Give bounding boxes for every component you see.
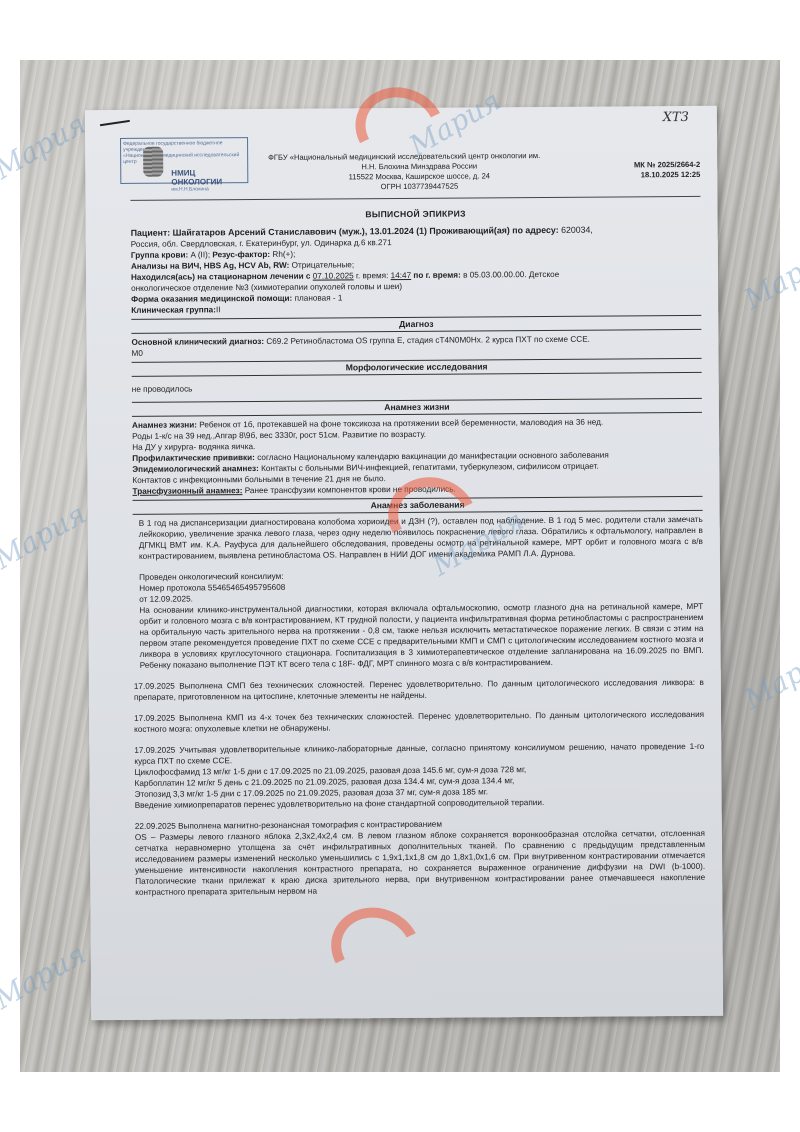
stay-time: 14:47: [391, 271, 412, 280]
care-form-value: плановая - 1: [295, 293, 343, 302]
epid-value: Контакты с больными ВИЧ-инфекцией, гепат…: [261, 462, 599, 473]
clinical-group-label: Клиническая группа:: [131, 305, 216, 315]
organization-block: ФГБУ «Национальный медицинский исследова…: [248, 129, 590, 193]
blood-group-label: Группа крови:: [131, 250, 188, 259]
patient-name: Шайгатаров Арсений Станиславович (муж.),…: [173, 226, 427, 238]
vaccination-label: Профилактические прививки:: [132, 453, 255, 463]
clinical-group-value: II: [216, 305, 221, 314]
rh-label: Резус-фактор:: [212, 250, 270, 259]
stamp-logo-icon: [143, 147, 163, 177]
blood-group-value: A (II);: [190, 250, 210, 259]
rh-value: Rh(+);: [272, 250, 295, 259]
handwritten-note: ХТ3: [663, 112, 689, 123]
document-header: Федеральное государственное бюджетное уч…: [130, 128, 700, 201]
stay-time-label: г. время:: [356, 271, 388, 280]
record-number-block: МК № 2025/2664-2 18.10.2025 12:25: [590, 128, 700, 181]
stamp-line: «Национальный медицинский исследовательс…: [123, 152, 245, 165]
diagnosis-label: Основной клинический диагноз:: [131, 337, 264, 347]
pen-mark: [100, 120, 130, 126]
life-anamnesis-label: Анамнез жизни:: [132, 420, 197, 429]
care-form-label: Форма оказания медицинской помощи:: [131, 294, 292, 304]
document-title: ВЫПИСНОЙ ЭПИКРИЗ: [131, 207, 701, 222]
institution-stamp: Федеральное государственное бюджетное уч…: [120, 137, 248, 184]
epid-label: Эпидемиологический анамнез:: [132, 464, 259, 474]
stay-department: в 05.03.00.00.00. Детское: [463, 270, 559, 280]
stay-label: Находился(ась) на стационарном лечении с: [131, 272, 311, 282]
org-ogrn: ОГРН 1037739447525: [248, 181, 590, 193]
patient-label: Пациент:: [131, 228, 171, 238]
bottom-margin: [0, 1072, 800, 1132]
analyses-label: Анализы на ВИЧ, HBS Ag, HCV Ab, RW:: [131, 261, 289, 271]
section-diagnosis-heading: Диагноз: [131, 315, 701, 334]
section-morphology-heading: Морфологические исследования: [132, 358, 702, 377]
transfusion-value: Ранее трансфузии компонентов крови не пр…: [245, 485, 456, 495]
stamp-line: Федеральное государственное бюджетное уч…: [123, 140, 245, 153]
morphology-value: не проводилось: [132, 376, 702, 399]
address-label: Проживающий(ая) по адресу:: [429, 225, 558, 236]
section-disease-anamnesis-heading: Анамнез заболевания: [133, 496, 703, 515]
life-anamnesis-text: Ребенок от 1б, протекавшей на фоне токси…: [199, 418, 603, 430]
discharge-document: ХТ3 Федеральное государственное бюджетно…: [85, 106, 723, 1020]
disease-anamnesis-paragraph: На основании клинико-инструментальной ди…: [133, 601, 703, 671]
diagnosis-value: C69.2 Ретинобластома OS группа E, стадия…: [266, 335, 590, 346]
stay-date: 07.10.2025: [313, 271, 354, 280]
watermark-logo-icon: [320, 895, 432, 1001]
mri-findings-paragraph: OS – Размеры левого глазного яблока 2,3x…: [135, 828, 705, 898]
address-postcode: 620034,: [561, 225, 593, 235]
analyses-value: Отрицательные;: [292, 260, 355, 269]
section-life-anamnesis-heading: Анамнез жизни: [132, 398, 702, 417]
disease-anamnesis-paragraph: В 1 год на диспансеризации диагностирова…: [133, 514, 703, 562]
stay-to-label: по г. время:: [413, 271, 460, 280]
stamp-logo-text: им.Н.Н.Блохина: [171, 186, 245, 193]
transfusion-label: Трансфузионный анамнез:: [132, 486, 242, 496]
record-datetime: 18.10.2025 12:25: [590, 170, 700, 181]
